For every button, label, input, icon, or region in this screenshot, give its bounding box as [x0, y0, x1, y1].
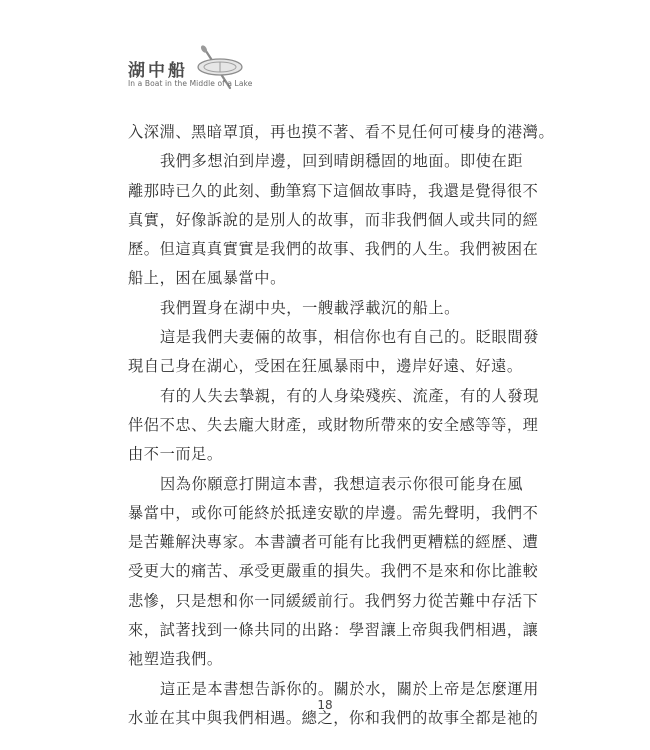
text-line: 歷。但這真真實實是我們的故事、我們的人生。我們被困在 [128, 235, 516, 264]
text-line: 是苦難解決專家。本書讀者可能有比我們更糟糕的經歷、遭 [128, 528, 516, 557]
text-line: 我們多想泊到岸邊，回到晴朗穩固的地面。即使在距 [128, 147, 516, 176]
text-line: 現自己身在湖心，受困在狂風暴雨中，邊岸好遠、好遠。 [128, 352, 516, 381]
book-title: 湖中船 [128, 56, 188, 81]
text-line: 悲慘，只是想和你一同緩緩前行。我們努力從苦難中存活下 [128, 587, 516, 616]
book-subtitle: In a Boat in the Middle of a Lake [128, 79, 252, 88]
text-line: 受更大的痛苦、承受更嚴重的損失。我們不是來和你比誰較 [128, 557, 516, 586]
text-line: 離那時已久的此刻、動筆寫下這個故事時，我還是覺得很不 [128, 177, 516, 206]
text-line: 伴侶不忠、失去龐大財產，或財物所帶來的安全感等等，理 [128, 411, 516, 440]
text-line: 祂塑造我們。 [128, 645, 516, 674]
text-line: 由不一而足。 [128, 440, 516, 469]
page-body: 入深淵、黑暗罩頂，再也摸不著、看不見任何可棲身的港灣。 我們多想泊到岸邊，回到晴… [128, 118, 516, 733]
text-line: 這是我們夫妻倆的故事，相信你也有自己的。眨眼間發 [128, 323, 516, 352]
text-line: 船上，困在風暴當中。 [128, 264, 516, 293]
text-line: 因為你願意打開這本書，我想這表示你很可能身在風 [128, 470, 516, 499]
text-line: 暴當中，或你可能終於抵達安歇的岸邊。需先聲明，我們不 [128, 499, 516, 528]
text-line: 來，試著找到一條共同的出路：學習讓上帝與我們相遇，讓 [128, 616, 516, 645]
text-line: 入深淵、黑暗罩頂，再也摸不著、看不見任何可棲身的港灣。 [128, 118, 516, 147]
text-line: 真實，好像訴說的是別人的故事，而非我們個人或共同的經 [128, 206, 516, 235]
text-line: 有的人失去摯親，有的人身染殘疾、流產，有的人發現 [128, 382, 516, 411]
text-line: 我們置身在湖中央，一艘載浮載沉的船上。 [128, 294, 516, 323]
page-number: 18 [0, 698, 650, 712]
running-header: 湖中船 In a Boat in the Middle of a Lake [128, 52, 328, 102]
